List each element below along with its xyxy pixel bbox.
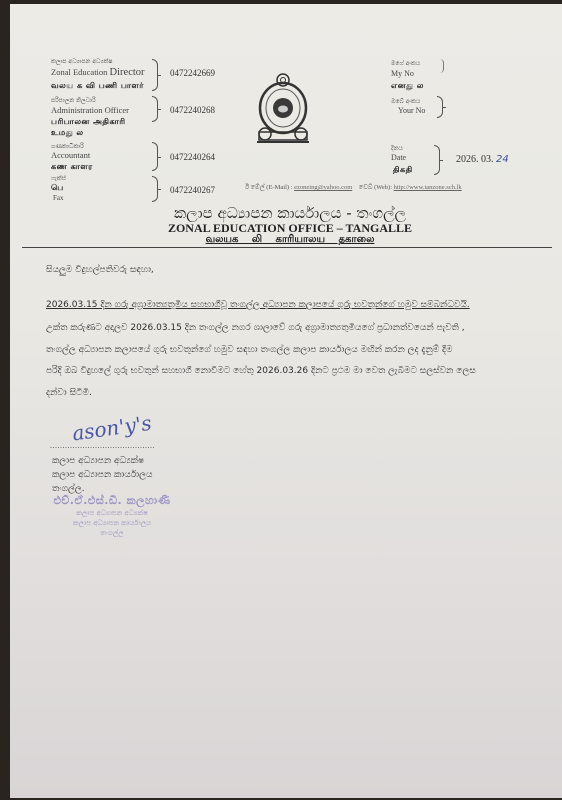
office-title-ta: வலயக லி காரியாலய தகாலை: [140, 234, 440, 246]
my-no-label-en: My No: [391, 69, 414, 78]
sign-title: කලාප අධ්‍යාපන අධ්‍යක්ෂ: [52, 454, 152, 468]
date-label-ta: திகதி: [393, 165, 413, 175]
email-link[interactable]: ezoneing@yahoo.com: [294, 184, 352, 191]
brace: [440, 59, 444, 73]
subject-line: 2026.03.15 දින ගරු අග්‍රාමාත්‍යතුමිය සහභ…: [46, 300, 546, 310]
body-line: දන්වා සිටිමි.: [46, 383, 556, 405]
sign-block: කලාප අධ්‍යාපන අධ්‍යක්ෂ කලාප අධ්‍යාපන කාර…: [52, 454, 152, 496]
brace: [434, 145, 440, 175]
director-label-si: කලාප අධ්‍යාපන අධ්‍යක්ෂ: [51, 58, 112, 66]
salutation: සියලුම විදුහල්පතිවරු සඳහා,: [46, 260, 154, 282]
stamp-line: කලාප අධ්‍යාපන කාර්යාලය: [52, 518, 172, 528]
official-stamp: එච්.ඒ.එස්.ඩී. කලහාණි කලාප අධ්‍යාපන අධ්‍ය…: [52, 494, 172, 538]
admin-label-ta2: உமது ல: [51, 128, 84, 138]
brace: [152, 59, 158, 91]
sign-office: කලාප අධ්‍යාපන කාර්යාලය: [52, 468, 152, 482]
body-line: පරිදි ඔබ විදුහලේ ගුරු භවතුන් සහභාගී නොවී…: [46, 361, 556, 383]
brace: [437, 96, 443, 118]
date-handwritten-day: 24: [496, 154, 509, 165]
header-divider: [22, 247, 552, 248]
body-paragraph: උක්ත කරුණට අදාලව 2026.03.15 දින තංගල්ල න…: [46, 318, 556, 404]
letter-page: කලාප අධ්‍යාපන අධ්‍යක්ෂ Zonal Education D…: [10, 4, 562, 798]
fax-label-en: Fax: [53, 194, 64, 202]
my-no-label-ta: எனது ல: [391, 81, 424, 91]
body-line: තංගල්ල අධ්‍යාපන කලාපයේ ගුරු භවතුන්ගේ හමු…: [46, 340, 556, 362]
date-value: 2026. 03. 24: [456, 154, 509, 165]
your-no-label-en: Your No: [398, 106, 425, 115]
body-line: උක්ත කරුණට අදාලව 2026.03.15 දින තංගල්ල න…: [46, 318, 556, 340]
contact-line: ඊ මේල් (E-Mail) : ezoneing@yahoo.com වෙබ…: [245, 184, 462, 192]
director-label-en: Zonal Education Director: [51, 67, 145, 78]
director-label-ta: வலய க வி பணி பாளர்: [51, 81, 144, 91]
stamp-line: කලාප අධ්‍යාපන අධ්‍යක්ෂ: [52, 508, 172, 518]
director-phone: 0472242669: [170, 68, 215, 78]
office-title-si: කලාප අධ්‍යාපන කාර්යාලය - තංගල්ල: [140, 204, 440, 222]
admin-label-si: පරිපාලන නිලධාරි: [51, 97, 96, 105]
brace: [152, 96, 158, 122]
brace: [152, 176, 158, 202]
signature-dotted-line: ........................................…: [50, 441, 155, 450]
admin-label-ta: பரிபாலன அதிகாரி: [51, 117, 126, 127]
date-label-en: Date: [391, 153, 406, 162]
date-label-si: දිනය: [391, 145, 403, 153]
accountant-phone: 0472240264: [170, 152, 215, 162]
fax-label-ta: பெ: [51, 183, 64, 193]
accountant-label-en: Accountant: [51, 150, 90, 160]
fax-label-si: ෆැක්ස්: [51, 175, 66, 183]
web-link[interactable]: http://www.tanzone.sch.lk: [394, 184, 462, 191]
fax-number: 0472240267: [170, 185, 215, 195]
stamp-name: එච්.ඒ.එස්.ඩී. කලහාණි: [52, 494, 172, 508]
accountant-label-ta: கண காளர: [51, 162, 93, 172]
my-no-label-si: මගේ අංකය: [391, 60, 420, 68]
admin-phone: 0472240268: [170, 105, 215, 115]
brace: [152, 142, 158, 171]
sri-lanka-emblem-icon: [253, 70, 313, 148]
your-no-label-si: ඔබේ අංකය: [391, 98, 420, 106]
admin-label-en: Administration Officer: [51, 105, 129, 115]
stamp-line: තංගල්ල: [52, 528, 172, 538]
